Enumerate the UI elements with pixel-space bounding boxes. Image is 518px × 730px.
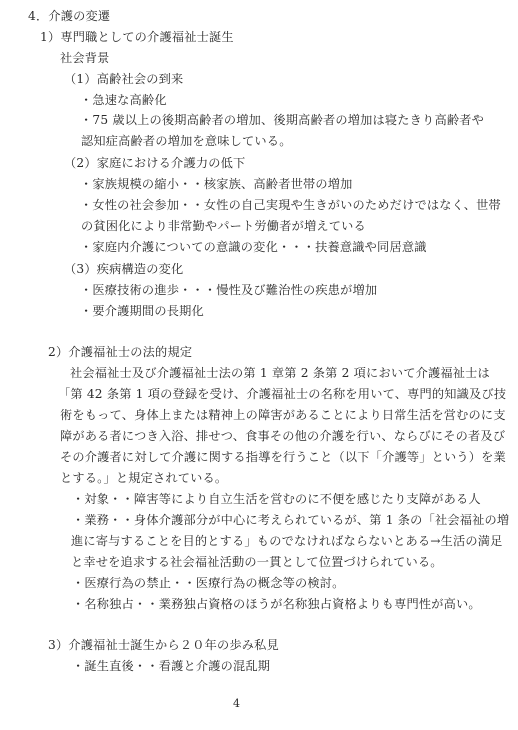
bullet: ・誕生直後・・看護と介護の混乱期 — [72, 659, 270, 673]
body-line: 術をもって、身体上または精神上の障害があることにより日常生活を営むのに支 — [60, 408, 506, 422]
body-line: とする。」と規定されている。 — [60, 471, 227, 485]
bullet: ・名称独占・・業務独占資格のほうが名称独占資格よりも専門性が高い。 — [72, 597, 481, 611]
bullet: ・対象・・障害等により自立生活を営むのに不便を感じたり支障がある人 — [72, 492, 481, 506]
item-2-heading: （2）家庭における介護力の低下 — [64, 156, 245, 170]
item-1-heading: （1）高齢社会の到来 — [64, 72, 183, 86]
bullet-continuation: 進に寄与することを目的とする」ものでなければならないとある→生活の満足 — [71, 534, 503, 548]
bullet: ・医療技術の進歩・・・慢性及び難治性の疾患が増加 — [80, 283, 377, 297]
bullet: ・家族規模の縮小・・核家族、高齢者世帯の増加 — [80, 177, 353, 191]
subsection-2-title: 2）介護福祉士の法的規定 — [48, 345, 192, 359]
page-number: 4 — [233, 697, 240, 710]
section-title: 4．介護の変遷 — [28, 9, 110, 23]
bullet: ・業務・・身体介護部分が中心に考えられているが、第 1 条の「社会福祉の増 — [72, 513, 509, 527]
subsection-3-title: 3）介護福祉士誕生から２０年の歩み私見 — [48, 638, 279, 652]
subsection-1-title: 1）専門職としての介護福祉士誕生 — [40, 30, 234, 44]
bullet: ・要介護期間の長期化 — [80, 304, 204, 318]
bullet: ・急速な高齢化 — [80, 93, 167, 107]
bullet-continuation: と幸せを追求する社会福祉活動の一貫として位置づけられている。 — [71, 555, 443, 569]
bullet: ・家庭内介護についての意識の変化・・・扶養意識や同居意識 — [80, 240, 427, 254]
body-line: 「第 42 条第 1 項の登録を受け、介護福祉士の名称を用いて、専門的知識及び技 — [58, 387, 506, 401]
body-line: その介護者に対して介護に関する指導を行うこと（以下「介護等」という）を業 — [60, 450, 506, 464]
social-background-label: 社会背景 — [60, 51, 110, 65]
bullet: ・女性の社会参加・・女性の自己実現や生きがいのためだけではなく、世帯 — [80, 198, 501, 212]
item-3-heading: （3）疾病構造の変化 — [64, 262, 183, 276]
bullet: ・75 歳以上の後期高齢者の増加、後期高齢者の増加は寝たきり高齢者や — [80, 113, 484, 127]
bullet-continuation: の貧困化により非常勤やパート労働者が増えている — [81, 219, 366, 233]
body-line: 社会福祉士及び介護福祉士法の第 1 章第 2 条第 2 項において介護福祉士は — [70, 366, 490, 380]
bullet-continuation: 認知症高齢者の増加を意味している。 — [81, 134, 292, 148]
body-line: 障がある者につき入浴、排せつ、食事その他の介護を行い、ならびにその者及び — [60, 429, 505, 443]
bullet: ・医療行為の禁止・・医療行為の概念等の検討。 — [72, 576, 345, 590]
